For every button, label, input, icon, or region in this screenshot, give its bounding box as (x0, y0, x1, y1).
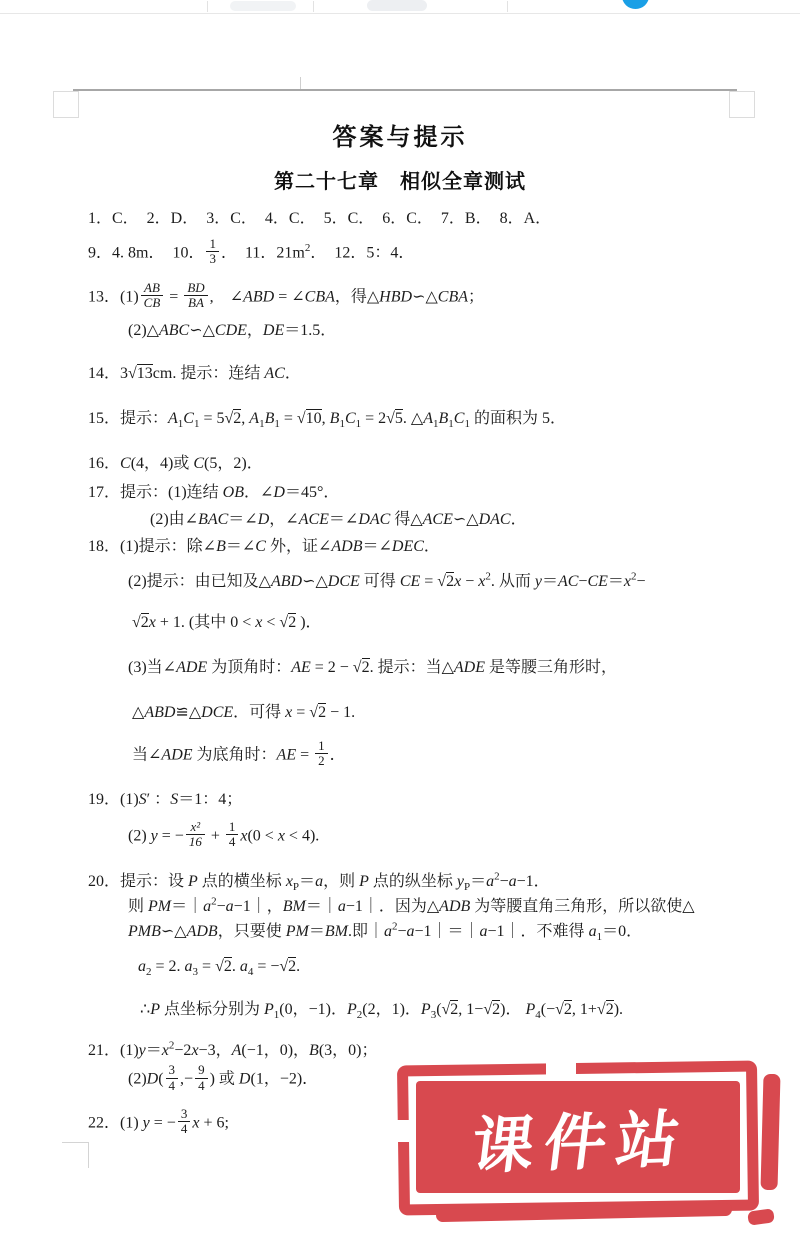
math-variable: B (309, 1042, 319, 1059)
math-variable: A (168, 410, 178, 427)
text-run: ＝ (146, 1042, 162, 1059)
fraction: ABCB (141, 281, 164, 311)
text-run: ∽△ (412, 288, 438, 305)
text-run: ＝ (309, 923, 325, 940)
math-roman: = (198, 958, 215, 975)
math-variable: DAC (358, 511, 390, 528)
text-run: 为底角时： (193, 747, 277, 764)
text-run: 提示：连结 (176, 365, 264, 382)
text-run: ＝ (299, 873, 315, 890)
fraction: 94 (195, 1063, 208, 1093)
document-page: 答案与提示 第二十七章 相似全章测试 1．C． 2．D． 3．C． 4．C． 5… (0, 91, 800, 1139)
text-run: ＝｜ (306, 898, 338, 915)
text-run: ＝45°． (285, 484, 339, 501)
text-run: −1｜＝｜ (415, 923, 480, 940)
text-run: (3，0)； (319, 1042, 378, 1059)
text-run: 点的横坐标 (198, 873, 286, 890)
math-variable: A (423, 410, 433, 427)
math-variable: x (162, 1042, 169, 1059)
math-variable: ADE (176, 659, 207, 676)
text-run: ＝∠ (228, 511, 257, 528)
text-run: ． 11．21m (221, 244, 305, 261)
text-run: < (262, 614, 279, 631)
math-variable: a (486, 873, 494, 890)
text-run: 点的纵坐标 (369, 873, 457, 890)
math-variable: C (183, 410, 194, 427)
math-variable: D (239, 1071, 251, 1088)
math-roman: = − (253, 958, 279, 975)
fraction: 34 (166, 1063, 179, 1093)
text-run: 外，证∠ (266, 538, 331, 555)
doc-line: PMB∽△ADB，只要使 PM＝BM.即｜a2−a−1｜＝｜a−1｜．不难得 a… (0, 919, 800, 944)
math-variable: DAC (479, 511, 511, 528)
text-run: (2)提示：由已知及△ (128, 573, 271, 590)
text-run: (3)当∠ (128, 659, 176, 676)
radical-sign: √ (555, 1001, 564, 1018)
radical-sign: √ (309, 704, 318, 721)
text-run: ＝ (470, 873, 486, 890)
math-variable: CE (400, 573, 420, 590)
doc-line: √2x + 1. (其中 0 < x < √2 )． (0, 610, 800, 635)
text-run: ．可得 (233, 704, 285, 721)
radicand: 2 (492, 1000, 500, 1018)
math-variable: PMB (128, 923, 161, 940)
text-run: 可得 (360, 573, 400, 590)
tab-separator (507, 1, 508, 12)
math-variable: D (273, 484, 285, 501)
math-variable: y (143, 1114, 150, 1131)
math-roman: , (322, 410, 330, 427)
text-run: −1． (517, 873, 550, 890)
radical-sign: √ (483, 1001, 492, 1018)
text-run: (2) (128, 1071, 147, 1088)
radicand: 13 (137, 364, 153, 382)
text-run: −2 (174, 1042, 191, 1059)
text-run: △ (411, 410, 423, 427)
profile-avatar-icon[interactable] (622, 0, 649, 9)
stamp-rough-edge (747, 1208, 775, 1225)
text-run: (2) (128, 827, 151, 844)
sqrt-expression: √2 (279, 957, 296, 975)
radical-sign: √ (297, 410, 306, 427)
math-roman: cm. (153, 365, 177, 382)
text-run: ． (285, 365, 301, 382)
text-run: 点坐标分别为 (160, 1001, 264, 1018)
math-roman: = − (158, 827, 184, 844)
math-variable: BM (283, 898, 306, 915)
text-boundary-mark (62, 1142, 89, 1168)
math-variable: C (345, 410, 356, 427)
text-run: 的面积为 5． (470, 410, 566, 427)
doc-line: 17．提示：(1)连结 OB．∠D＝45°． (0, 480, 800, 505)
text-run: ∠ (230, 288, 243, 305)
sqrt-expression: √2 (279, 613, 296, 631)
math-variable: A (249, 410, 259, 427)
sqrt-expression: √2 (132, 613, 149, 631)
math-variable: AE (277, 747, 297, 764)
text-run: − (500, 873, 509, 890)
text-run: 20．提示：设 (88, 873, 188, 890)
text-run: ＝0． (602, 923, 642, 940)
radicand: 2 (606, 1000, 614, 1018)
radicand: 2 (446, 572, 454, 590)
math-variable: P (525, 1001, 535, 1018)
text-run: 22．(1) (88, 1114, 143, 1131)
stamp-frame-gap (546, 1060, 576, 1075)
text-run: ． (330, 747, 346, 764)
text-run: )． (500, 1001, 525, 1018)
radical-sign: √ (215, 958, 224, 975)
math-variable: P (188, 873, 198, 890)
doc-line: 20．提示：设 P 点的横坐标 xP＝a，则 P 点的纵坐标 yP＝a2−a−1… (0, 869, 800, 894)
chapter-heading: 第二十七章 相似全章测试 (0, 165, 800, 194)
math-variable: y (535, 573, 542, 590)
text-run: ．∠ (244, 484, 273, 501)
doc-line: 18．(1)提示：除∠B＝∠C 外，证∠ADB＝∠DEC． (0, 534, 800, 559)
math-variable: a (240, 958, 248, 975)
stamp-text: 课件站 (461, 1089, 695, 1186)
math-variable: x (286, 873, 293, 890)
math-variable: B (330, 410, 340, 427)
sqrt-expression: √2 (353, 658, 370, 676)
math-variable: OB (223, 484, 244, 501)
doc-line: 1．C． 2．D． 3．C． 4．C． 5．C． 6．C． 7．B． 8．A． (0, 206, 800, 231)
stamp-body: 课件站 (416, 1081, 740, 1193)
text-run: ＝∠ (329, 511, 358, 528)
sqrt-expression: √5 (386, 409, 403, 427)
text-run: (2)△ (128, 322, 159, 339)
fraction: BDBA (184, 281, 207, 311)
doc-line: (2)△ABC∽△CDE，DE＝1.5． (0, 318, 800, 343)
sqrt-expression: √2 (437, 572, 454, 590)
math-variable: AC (264, 365, 284, 382)
text-run: (4，4)或 (131, 455, 194, 472)
text-run: ＝1：4； (178, 791, 242, 808)
stamp-rough-edge (760, 1074, 780, 1190)
text-run: 16． (88, 455, 120, 472)
radical-sign: √ (442, 1001, 451, 1018)
math-roman: = − (150, 1114, 176, 1131)
math-variable: HBD (379, 288, 412, 305)
text-run: (2，1)． (362, 1001, 421, 1018)
math-variable: AC (558, 573, 578, 590)
math-variable: DE (263, 322, 284, 339)
math-variable: DCE (328, 573, 360, 590)
text-run: ，得△ (335, 288, 379, 305)
math-roman: = (296, 747, 313, 764)
text-run: ＝｜ (171, 898, 203, 915)
radicand: 2 (224, 957, 232, 975)
doc-line: (2)由∠BAC＝∠D，∠ACE＝∠DAC 得△ACE∽△DAC． (0, 507, 800, 532)
math-variable: C (193, 455, 204, 472)
fraction: 13 (206, 237, 219, 267)
text-run: 17．提示：(1)连结 (88, 484, 223, 501)
math-variable: DCE (201, 704, 233, 721)
math-variable: a (226, 898, 234, 915)
math-variable: AE (291, 659, 311, 676)
math-variable: D (258, 511, 270, 528)
radicand: 5 (395, 409, 403, 427)
text-run: (2)由∠ (150, 511, 198, 528)
math-variable: P (150, 1001, 160, 1018)
text-run: 18．(1)提示：除∠ (88, 538, 216, 555)
doc-line: 19．(1)S′ ：S＝1：4； (0, 787, 800, 812)
math-variable: S (139, 791, 147, 808)
text-run: ＝ (542, 573, 558, 590)
math-variable: x (278, 827, 285, 844)
radicand: 10 (306, 409, 322, 427)
math-roman: . (232, 958, 240, 975)
math-variable: CBA (438, 288, 468, 305)
math-variable: x (191, 1042, 198, 1059)
math-variable: PM (148, 898, 171, 915)
text-run: − (217, 898, 226, 915)
text-run: ∽△ (453, 511, 479, 528)
radicand: 2 (318, 703, 326, 721)
radicand: 2 (362, 658, 370, 676)
browser-topbar (0, 0, 800, 14)
math-variable: C (120, 455, 131, 472)
math-variable: B (265, 410, 275, 427)
math-roman: . (370, 659, 378, 676)
math-roman: , (210, 288, 230, 305)
text-run: ． (424, 538, 440, 555)
math-variable: ACE (423, 511, 453, 528)
radical-sign: √ (437, 573, 446, 590)
text-run: ，只要使 (218, 923, 286, 940)
document-lines: 1．C． 2．D． 3．C． 4．C． 5．C． 6．C． 7．B． 8．A．9… (0, 206, 800, 1139)
text-run: ∽△ (189, 322, 215, 339)
radicand: 2 (288, 957, 296, 975)
math-variable: a (509, 873, 517, 890)
math-variable: ACE (299, 511, 329, 528)
text-run: ′ ： (147, 791, 171, 808)
math-variable: ADB (331, 538, 362, 555)
math-roman: 3 (120, 365, 128, 382)
text-run: 是等腰三角形时， (485, 659, 617, 676)
kejian-stamp: 课件站 (396, 1060, 800, 1250)
doc-line: 13．(1)ABCB = BDBA, ∠ABD = ∠CBA，得△HBD∽△CB… (0, 283, 800, 313)
math-variable: PM (286, 923, 309, 940)
math-roman: = 2 − (311, 659, 353, 676)
math-variable: BAC (198, 511, 228, 528)
math-variable: ABD (144, 704, 175, 721)
text-run: ，则 (323, 873, 359, 890)
math-variable: y (139, 1042, 146, 1059)
math-roman: ,− (180, 1071, 193, 1088)
radical-sign: √ (225, 410, 234, 427)
text-run: −3， (199, 1042, 232, 1059)
math-roman: + (207, 827, 224, 844)
math-variable: a (384, 923, 392, 940)
doc-line: 9．4. 8m． 10．13． 11．21m2． 12．5：4． (0, 239, 800, 269)
text-run: −1｜．因为△ (346, 898, 439, 915)
text-run: 则 (128, 898, 148, 915)
text-run: ＝ (608, 573, 624, 590)
math-variable: ADB (187, 923, 218, 940)
doc-line: 当∠ADE 为底角时：AE = 12． (0, 741, 800, 771)
text-run: , 1− (458, 1001, 483, 1018)
math-roman: . (403, 410, 411, 427)
page-title: 答案与提示 (0, 117, 800, 152)
text-run: −1｜， (234, 898, 283, 915)
doc-line: 则 PM＝｜a2−a−1｜，BM＝｜a−1｜．因为△ADB 为等腰直角三角形，所… (0, 894, 800, 919)
math-roman: = (420, 573, 437, 590)
text-run: < 4). (285, 827, 319, 844)
fraction: x²16 (186, 820, 205, 850)
math-variable: P (264, 1001, 274, 1018)
math-roman: . (491, 573, 499, 590)
text-run: )． (296, 614, 321, 631)
math-roman: = 5 (199, 410, 224, 427)
text-run: 为顶角时： (207, 659, 291, 676)
text-run: .即｜ (348, 923, 384, 940)
text-run: 当∠ (132, 747, 161, 764)
text-run: (其中 0 < (189, 614, 255, 631)
math-variable: a (315, 873, 323, 890)
text-run: − (397, 923, 406, 940)
math-roman: . (296, 958, 300, 975)
doc-line: (3)当∠ADE 为顶角时：AE = 2 − √2. 提示：当△ADE 是等腰三… (0, 655, 800, 680)
text-run: 1．C． 2．D． 3．C． 4．C． 5．C． 6．C． 7．B． 8．A． (88, 210, 551, 227)
text-run: ∴ (140, 1001, 150, 1018)
sqrt-expression: √2 (442, 1000, 459, 1018)
radical-sign: √ (132, 614, 141, 631)
sqrt-expression: √13 (128, 364, 153, 382)
math-variable: ABC (159, 322, 189, 339)
text-run: 21．(1) (88, 1042, 139, 1059)
text-run: ＝1.5． (284, 322, 336, 339)
radical-sign: √ (386, 410, 395, 427)
text-run: (−1，0)， (241, 1042, 309, 1059)
text-run: (0 < (247, 827, 277, 844)
math-variable: CE (587, 573, 607, 590)
text-run: ＝∠ (226, 538, 255, 555)
text-run: ∠ (291, 288, 304, 305)
radical-sign: √ (279, 958, 288, 975)
math-variable: P (421, 1001, 431, 1018)
text-run: ) 或 (210, 1071, 239, 1088)
text-run: (0，−1)． (279, 1001, 347, 1018)
sqrt-expression: √2 (225, 409, 242, 427)
math-variable: x (149, 614, 156, 631)
doc-line: △ABD≌△DCE．可得 x = √2 − 1. (0, 700, 800, 725)
text-run: ∽△ (302, 573, 328, 590)
stamp-frame-gap (396, 1120, 409, 1142)
math-variable: B (216, 538, 226, 555)
text-run: (1，−2)． (250, 1071, 318, 1088)
radicand: 2 (288, 613, 296, 631)
text-run: (5，2)． (204, 455, 263, 472)
math-roman: = (280, 410, 297, 427)
text-run: 得△ (390, 511, 422, 528)
text-run: − (637, 573, 646, 590)
math-variable: C (255, 538, 266, 555)
math-variable: CBA (305, 288, 335, 305)
text-run: −1｜．不难得 (488, 923, 589, 940)
math-variable: ABD (243, 288, 274, 305)
text-run: 9．4. 8m． 10． (88, 244, 204, 261)
math-roman: + 6; (199, 1114, 228, 1131)
text-run: ． (511, 511, 527, 528)
tab-separator (313, 1, 314, 12)
tab-remnant (367, 0, 427, 11)
text-run: 19．(1) (88, 791, 139, 808)
math-variable: S (170, 791, 178, 808)
text-run: 14． (88, 365, 120, 382)
math-variable: CDE (215, 322, 247, 339)
radical-sign: √ (279, 614, 288, 631)
math-roman: = (292, 704, 309, 721)
math-variable: ADE (454, 659, 485, 676)
math-variable: ADB (439, 898, 470, 915)
text-run: ＝∠ (362, 538, 391, 555)
math-variable: y (151, 827, 158, 844)
math-roman: − 1. (326, 704, 355, 721)
math-variable: a (480, 923, 488, 940)
fraction: 34 (178, 1107, 191, 1137)
math-variable: ABD (271, 573, 302, 590)
sqrt-expression: √2 (483, 1000, 500, 1018)
math-variable: a (185, 958, 193, 975)
math-variable: P (347, 1001, 357, 1018)
text-run: ≌△ (175, 704, 201, 721)
sqrt-expression: √2 (555, 1000, 572, 1018)
fraction: 12 (315, 739, 328, 769)
math-variable: a (138, 958, 146, 975)
math-variable: C (454, 410, 465, 427)
radical-sign: √ (128, 365, 137, 382)
math-roman: = (165, 288, 182, 305)
math-variable: a (407, 923, 415, 940)
text-run: 15．提示： (88, 410, 168, 427)
text-run: ). (614, 1001, 623, 1018)
text-run: 13．(1) (88, 288, 139, 305)
math-roman: = (274, 288, 291, 305)
math-roman: + 1. (156, 614, 189, 631)
math-roman: − (461, 573, 478, 590)
text-run: 为等腰直角三角形，所以欲使△ (470, 898, 694, 915)
radicand: 2 (564, 1000, 572, 1018)
math-variable: y (457, 873, 464, 890)
math-variable: a (203, 898, 211, 915)
text-run: ∽△ (161, 923, 187, 940)
doc-line: ∴P 点坐标分别为 P1(0，−1)．P2(2，1)．P3(√2, 1−√2)．… (0, 997, 800, 1022)
tab-separator (207, 1, 208, 12)
doc-line: 15．提示：A1C1 = 5√2, A1B1 = √10, B1C1 = 2√5… (0, 406, 800, 431)
math-variable: DEC (392, 538, 424, 555)
sqrt-expression: √2 (597, 1000, 614, 1018)
text-run: ，∠ (269, 511, 298, 528)
math-variable: a (338, 898, 346, 915)
doc-line: 14．3√13cm. 提示：连结 AC． (0, 361, 800, 386)
math-variable: a (589, 923, 597, 940)
text-run: ， (247, 322, 263, 339)
math-roman: = 2 (361, 410, 386, 427)
tab-remnant (230, 1, 296, 11)
math-variable: BM (325, 923, 348, 940)
radical-sign: √ (353, 659, 362, 676)
text-run: ； (468, 288, 484, 305)
radical-sign: √ (597, 1001, 606, 1018)
doc-line: 16．C(4，4)或 C(5，2)． (0, 451, 800, 476)
text-run: (− (541, 1001, 555, 1018)
text-run: ． 12．5：4． (310, 244, 414, 261)
text-run: 从而 (499, 573, 535, 590)
sqrt-expression: √10 (297, 409, 322, 427)
math-variable: ADE (161, 747, 192, 764)
math-roman: = 2. (152, 958, 185, 975)
